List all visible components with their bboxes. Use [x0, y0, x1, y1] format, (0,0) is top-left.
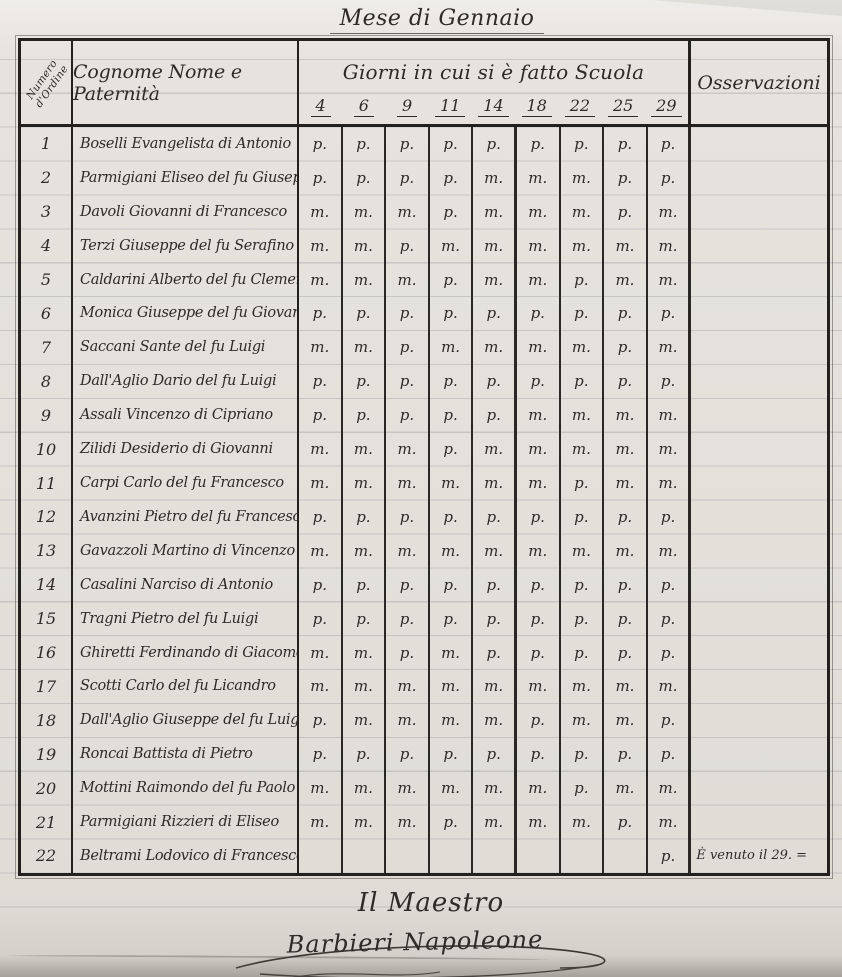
table-row: 5Caldarini Alberto del fu Clementem.m.m.… [21, 263, 827, 297]
attendance-mark: p. [473, 568, 517, 602]
attendance-mark: p. [343, 161, 387, 195]
day-number-text: 22 [565, 96, 595, 117]
attendance-mark: m. [517, 229, 561, 263]
row-observation [691, 534, 827, 568]
row-number: 9 [21, 398, 73, 432]
attendance-mark: m. [517, 398, 561, 432]
table-row: 6Monica Giuseppe del fu Giovannip.p.p.p.… [21, 297, 827, 331]
attendance-mark [561, 839, 605, 873]
attendance-mark: m. [473, 195, 517, 229]
day-number-text: 11 [435, 96, 465, 117]
attendance-mark: p. [604, 500, 648, 534]
attendance-mark: m. [430, 466, 474, 500]
row-number: 13 [21, 534, 73, 568]
attendance-mark: m. [473, 229, 517, 263]
header-numero-rotated-label: Numero d'Ordine [14, 43, 80, 122]
attendance-mark: p. [517, 737, 561, 771]
attendance-mark: p. [473, 297, 517, 331]
student-name: Monica Giuseppe del fu Giovanni [73, 297, 299, 331]
header-cognome-nome: Cognome Nome e Paternità [73, 41, 299, 124]
attendance-mark: p. [386, 127, 430, 161]
attendance-mark: p. [299, 703, 343, 737]
attendance-mark: p. [648, 364, 692, 398]
attendance-mark: m. [517, 805, 561, 839]
attendance-mark: p. [561, 602, 605, 636]
attendance-mark: m. [473, 703, 517, 737]
attendance-mark: p. [648, 839, 692, 873]
table-row: 21Parmigiani Rizzieri di Eliseom.m.m.p.m… [21, 805, 827, 839]
attendance-mark: m. [430, 703, 474, 737]
row-number: 2 [21, 161, 73, 195]
attendance-mark: p. [299, 500, 343, 534]
attendance-mark: m. [386, 670, 430, 704]
student-name: Carpi Carlo del fu Francesco [73, 466, 299, 500]
attendance-mark: m. [473, 432, 517, 466]
attendance-mark: p. [430, 805, 474, 839]
attendance-mark: m. [648, 466, 692, 500]
attendance-mark: p. [430, 364, 474, 398]
attendance-mark: p. [386, 398, 430, 432]
attendance-mark: m. [343, 771, 387, 805]
attendance-mark: m. [299, 805, 343, 839]
table-row: 8Dall'Aglio Dario del fu Luigip.p.p.p.p.… [21, 364, 827, 398]
row-observation [691, 263, 827, 297]
attendance-mark: p. [473, 500, 517, 534]
table-row: 18Dall'Aglio Giuseppe del fu Luigip.m.m.… [21, 703, 827, 737]
header-giorni-label: Giorni in cui si è fatto Scuola [299, 41, 688, 96]
student-name: Scotti Carlo del fu Licandro [73, 670, 299, 704]
attendance-mark: p. [386, 364, 430, 398]
attendance-mark: p. [430, 432, 474, 466]
attendance-mark: m. [386, 534, 430, 568]
attendance-mark: p. [604, 330, 648, 364]
day-number-text: 6 [354, 96, 374, 117]
row-observation [691, 127, 827, 161]
table-row: 4Terzi Giuseppe del fu Serafinom.m.p.m.m… [21, 229, 827, 263]
row-observation [691, 229, 827, 263]
student-name: Tragni Pietro del fu Luigi [73, 602, 299, 636]
attendance-mark: p. [517, 602, 561, 636]
student-name: Parmigiani Rizzieri di Eliseo [73, 805, 299, 839]
attendance-mark: m. [343, 263, 387, 297]
attendance-mark: p. [604, 195, 648, 229]
row-number: 15 [21, 602, 73, 636]
header-giorni-scuola: Giorni in cui si è fatto Scuola 46911141… [299, 41, 691, 124]
attendance-mark: p. [343, 127, 387, 161]
attendance-mark: p. [473, 127, 517, 161]
table-row: 7Saccani Sante del fu Luigim.m.p.m.m.m.m… [21, 330, 827, 364]
student-name: Gavazzoli Martino di Vincenzo [73, 534, 299, 568]
attendance-mark: m. [648, 263, 692, 297]
attendance-mark: p. [386, 330, 430, 364]
row-number: 1 [21, 127, 73, 161]
day-number: 4 [299, 96, 342, 124]
attendance-mark: m. [604, 263, 648, 297]
attendance-mark [386, 839, 430, 873]
attendance-mark: m. [561, 534, 605, 568]
attendance-mark: m. [648, 805, 692, 839]
attendance-mark: p. [604, 127, 648, 161]
attendance-mark: m. [604, 534, 648, 568]
attendance-mark: p. [561, 568, 605, 602]
attendance-mark: p. [473, 636, 517, 670]
attendance-mark: m. [517, 432, 561, 466]
table-row: 2Parmigiani Eliseo del fu Giuseppep.p.p.… [21, 161, 827, 195]
attendance-mark: p. [517, 364, 561, 398]
row-observation [691, 602, 827, 636]
row-number: 4 [21, 229, 73, 263]
attendance-mark: p. [517, 636, 561, 670]
attendance-mark: p. [386, 161, 430, 195]
attendance-mark: m. [386, 195, 430, 229]
row-observation [691, 703, 827, 737]
attendance-mark: p. [561, 263, 605, 297]
attendance-mark: p. [299, 364, 343, 398]
teacher-role-label: Il Maestro [10, 888, 842, 918]
table-row: 10Zilidi Desiderio di Giovannim.m.m.p.m.… [21, 432, 827, 466]
table-row: 17Scotti Carlo del fu Licandrom.m.m.m.m.… [21, 670, 827, 704]
row-number: 10 [21, 432, 73, 466]
attendance-mark: p. [648, 500, 692, 534]
attendance-mark: m. [299, 263, 343, 297]
attendance-mark: m. [473, 771, 517, 805]
attendance-mark: p. [430, 398, 474, 432]
attendance-mark: m. [386, 466, 430, 500]
student-name: Assali Vincenzo di Cipriano [73, 398, 299, 432]
row-observation [691, 398, 827, 432]
row-number: 3 [21, 195, 73, 229]
table-row: 9Assali Vincenzo di Ciprianop.p.p.p.p.m.… [21, 398, 827, 432]
attendance-mark: p. [473, 737, 517, 771]
attendance-mark: m. [299, 771, 343, 805]
attendance-mark: m. [517, 263, 561, 297]
attendance-mark: m. [430, 229, 474, 263]
attendance-mark: m. [517, 195, 561, 229]
attendance-mark: m. [604, 229, 648, 263]
attendance-mark: m. [343, 805, 387, 839]
attendance-mark: p. [299, 127, 343, 161]
attendance-mark: m. [604, 432, 648, 466]
attendance-mark: p. [430, 568, 474, 602]
attendance-mark: m. [648, 771, 692, 805]
attendance-mark: m. [430, 771, 474, 805]
attendance-mark: p. [517, 703, 561, 737]
attendance-mark: m. [561, 805, 605, 839]
row-observation [691, 737, 827, 771]
attendance-mark: p. [604, 568, 648, 602]
attendance-mark: p. [386, 602, 430, 636]
attendance-mark: m. [648, 432, 692, 466]
attendance-mark: m. [299, 636, 343, 670]
attendance-mark: m. [604, 466, 648, 500]
attendance-mark: m. [386, 805, 430, 839]
page-title-text: Mese di Gennaio [330, 6, 545, 34]
attendance-mark: p. [648, 297, 692, 331]
student-name: Boselli Evangelista di Antonio [73, 127, 299, 161]
attendance-mark: m. [473, 161, 517, 195]
student-name: Dall'Aglio Dario del fu Luigi [73, 364, 299, 398]
row-observation [691, 636, 827, 670]
attendance-mark: m. [299, 229, 343, 263]
attendance-mark: m. [648, 330, 692, 364]
attendance-mark: p. [430, 161, 474, 195]
attendance-mark: m. [604, 398, 648, 432]
attendance-mark: p. [343, 602, 387, 636]
row-observation: È venuto il 29. = [691, 839, 827, 873]
page-title: Mese di Gennaio [16, 6, 842, 31]
attendance-mark: p. [517, 500, 561, 534]
attendance-mark [299, 839, 343, 873]
attendance-mark: p. [604, 805, 648, 839]
attendance-mark: m. [561, 432, 605, 466]
table-row: 14Casalini Narciso di Antoniop.p.p.p.p.p… [21, 568, 827, 602]
attendance-mark: m. [517, 670, 561, 704]
attendance-mark [604, 839, 648, 873]
student-name: Beltrami Lodovico di Francesco [73, 839, 299, 873]
attendance-mark: m. [517, 534, 561, 568]
student-name: Casalini Narciso di Antonio [73, 568, 299, 602]
attendance-mark: p. [648, 737, 692, 771]
row-number: 18 [21, 703, 73, 737]
header-osservazioni: Osservazioni [691, 41, 827, 124]
attendance-mark: p. [299, 398, 343, 432]
row-observation [691, 364, 827, 398]
attendance-mark: p. [648, 636, 692, 670]
attendance-mark: m. [343, 330, 387, 364]
table-row: 13Gavazzoli Martino di Vincenzom.m.m.m.m… [21, 534, 827, 568]
attendance-mark: m. [386, 432, 430, 466]
row-number: 6 [21, 297, 73, 331]
attendance-mark: m. [299, 534, 343, 568]
row-observation [691, 670, 827, 704]
attendance-mark: m. [561, 229, 605, 263]
attendance-mark: m. [430, 330, 474, 364]
register-page: Mese di Gennaio Numero d'Ordine Cognome … [0, 0, 842, 977]
attendance-mark: p. [343, 364, 387, 398]
attendance-mark: m. [343, 229, 387, 263]
student-name: Saccani Sante del fu Luigi [73, 330, 299, 364]
table-row: 1Boselli Evangelista di Antoniop.p.p.p.p… [21, 127, 827, 161]
attendance-mark: p. [430, 297, 474, 331]
attendance-mark: m. [561, 703, 605, 737]
attendance-mark: m. [299, 466, 343, 500]
attendance-mark: m. [299, 670, 343, 704]
attendance-mark: p. [343, 500, 387, 534]
attendance-mark: p. [561, 636, 605, 670]
attendance-mark: p. [299, 737, 343, 771]
attendance-mark: p. [648, 568, 692, 602]
attendance-mark [473, 839, 517, 873]
attendance-mark: p. [386, 636, 430, 670]
attendance-mark: m. [430, 534, 474, 568]
student-name: Roncai Battista di Pietro [73, 737, 299, 771]
row-observation [691, 195, 827, 229]
student-name: Davoli Giovanni di Francesco [73, 195, 299, 229]
day-numbers-row: 469111418222529 [299, 96, 688, 124]
attendance-mark: m. [648, 670, 692, 704]
attendance-mark: m. [561, 195, 605, 229]
attendance-mark: m. [561, 398, 605, 432]
attendance-mark: m. [386, 263, 430, 297]
table-row: 16Ghiretti Ferdinando di Giacomom.m.p.m.… [21, 636, 827, 670]
attendance-mark: m. [648, 229, 692, 263]
attendance-mark: p. [561, 737, 605, 771]
student-name: Dall'Aglio Giuseppe del fu Luigi [73, 703, 299, 737]
attendance-mark: p. [604, 161, 648, 195]
attendance-mark: m. [299, 195, 343, 229]
attendance-mark: p. [386, 229, 430, 263]
row-observation [691, 500, 827, 534]
attendance-mark: p. [386, 297, 430, 331]
attendance-mark: p. [299, 161, 343, 195]
attendance-mark: m. [604, 703, 648, 737]
scan-edge-bottom [0, 955, 842, 977]
attendance-mark: p. [604, 602, 648, 636]
row-number: 20 [21, 771, 73, 805]
attendance-mark [343, 839, 387, 873]
attendance-mark: m. [648, 398, 692, 432]
day-number: 6 [342, 96, 385, 124]
attendance-mark: p. [386, 737, 430, 771]
attendance-mark: m. [473, 330, 517, 364]
attendance-mark: p. [430, 602, 474, 636]
table-header-row: Numero d'Ordine Cognome Nome e Paternità… [21, 41, 827, 127]
day-number-text: 18 [522, 96, 552, 117]
attendance-mark: p. [561, 127, 605, 161]
attendance-mark: m. [604, 670, 648, 704]
attendance-mark: p. [648, 127, 692, 161]
attendance-mark: p. [604, 737, 648, 771]
attendance-mark: m. [473, 466, 517, 500]
attendance-mark: p. [430, 500, 474, 534]
attendance-mark: m. [561, 161, 605, 195]
row-observation [691, 297, 827, 331]
table-row: 19Roncai Battista di Pietrop.p.p.p.p.p.p… [21, 737, 827, 771]
attendance-mark: m. [561, 330, 605, 364]
attendance-mark: m. [517, 161, 561, 195]
row-number: 8 [21, 364, 73, 398]
attendance-mark: m. [343, 636, 387, 670]
table-row: 11Carpi Carlo del fu Francescom.m.m.m.m.… [21, 466, 827, 500]
student-name: Parmigiani Eliseo del fu Giuseppe [73, 161, 299, 195]
attendance-mark: m. [604, 771, 648, 805]
row-number: 14 [21, 568, 73, 602]
row-observation [691, 805, 827, 839]
attendance-mark: p. [517, 297, 561, 331]
attendance-mark: p. [473, 364, 517, 398]
attendance-mark: m. [343, 195, 387, 229]
attendance-mark: m. [386, 703, 430, 737]
day-number: 29 [645, 96, 688, 124]
attendance-mark: m. [343, 534, 387, 568]
table-row: 22Beltrami Lodovico di Francescop.È venu… [21, 839, 827, 873]
student-name: Ghiretti Ferdinando di Giacomo [73, 636, 299, 670]
attendance-mark: p. [561, 364, 605, 398]
attendance-mark: m. [430, 670, 474, 704]
attendance-mark: m. [343, 703, 387, 737]
day-number: 9 [385, 96, 428, 124]
row-number: 5 [21, 263, 73, 297]
attendance-mark: p. [561, 771, 605, 805]
attendance-mark: p. [648, 161, 692, 195]
attendance-mark: m. [473, 805, 517, 839]
attendance-mark: p. [604, 297, 648, 331]
row-number: 11 [21, 466, 73, 500]
attendance-mark: m. [473, 534, 517, 568]
table-row: 3Davoli Giovanni di Francescom.m.m.p.m.m… [21, 195, 827, 229]
attendance-mark: p. [343, 297, 387, 331]
row-number: 12 [21, 500, 73, 534]
attendance-mark [430, 839, 474, 873]
attendance-mark: p. [343, 737, 387, 771]
row-observation [691, 771, 827, 805]
attendance-table: Numero d'Ordine Cognome Nome e Paternità… [18, 38, 830, 876]
day-number-text: 14 [478, 96, 508, 117]
row-number: 17 [21, 670, 73, 704]
row-observation [691, 161, 827, 195]
student-name: Mottini Raimondo del fu Paolo [73, 771, 299, 805]
attendance-mark: p. [473, 398, 517, 432]
header-numero-ordine: Numero d'Ordine [21, 41, 73, 124]
day-number: 14 [472, 96, 515, 124]
attendance-mark: m. [648, 195, 692, 229]
attendance-mark: m. [386, 771, 430, 805]
student-name: Zilidi Desiderio di Giovanni [73, 432, 299, 466]
day-number: 22 [558, 96, 601, 124]
attendance-mark: p. [343, 398, 387, 432]
attendance-mark [517, 839, 561, 873]
attendance-mark: p. [386, 500, 430, 534]
row-number: 19 [21, 737, 73, 771]
row-observation [691, 466, 827, 500]
table-row: 12Avanzini Pietro del fu Francescop.p.p.… [21, 500, 827, 534]
student-name: Terzi Giuseppe del fu Serafino [73, 229, 299, 263]
attendance-mark: m. [648, 534, 692, 568]
attendance-mark: p. [648, 703, 692, 737]
day-number: 18 [515, 96, 558, 124]
day-number-text: 4 [311, 96, 331, 117]
row-observation [691, 568, 827, 602]
table-row: 20Mottini Raimondo del fu Paolom.m.m.m.m… [21, 771, 827, 805]
row-number: 16 [21, 636, 73, 670]
attendance-mark: p. [561, 297, 605, 331]
row-observation [691, 432, 827, 466]
row-number: 7 [21, 330, 73, 364]
attendance-mark: p. [604, 364, 648, 398]
day-number-text: 25 [608, 96, 638, 117]
attendance-mark: p. [430, 127, 474, 161]
row-observation [691, 330, 827, 364]
attendance-mark: p. [517, 568, 561, 602]
attendance-mark: m. [473, 670, 517, 704]
attendance-mark: m. [517, 466, 561, 500]
attendance-mark: p. [561, 500, 605, 534]
attendance-mark: p. [430, 263, 474, 297]
attendance-mark: p. [648, 602, 692, 636]
row-number: 21 [21, 805, 73, 839]
attendance-mark: p. [473, 602, 517, 636]
attendance-mark: p. [430, 195, 474, 229]
attendance-mark: p. [561, 466, 605, 500]
attendance-mark: p. [604, 636, 648, 670]
table-row: 15Tragni Pietro del fu Luigip.p.p.p.p.p.… [21, 602, 827, 636]
attendance-mark: m. [561, 670, 605, 704]
attendance-mark: p. [386, 568, 430, 602]
student-name: Caldarini Alberto del fu Clemente [73, 263, 299, 297]
attendance-mark: p. [430, 737, 474, 771]
row-number: 22 [21, 839, 73, 873]
attendance-mark: m. [517, 771, 561, 805]
